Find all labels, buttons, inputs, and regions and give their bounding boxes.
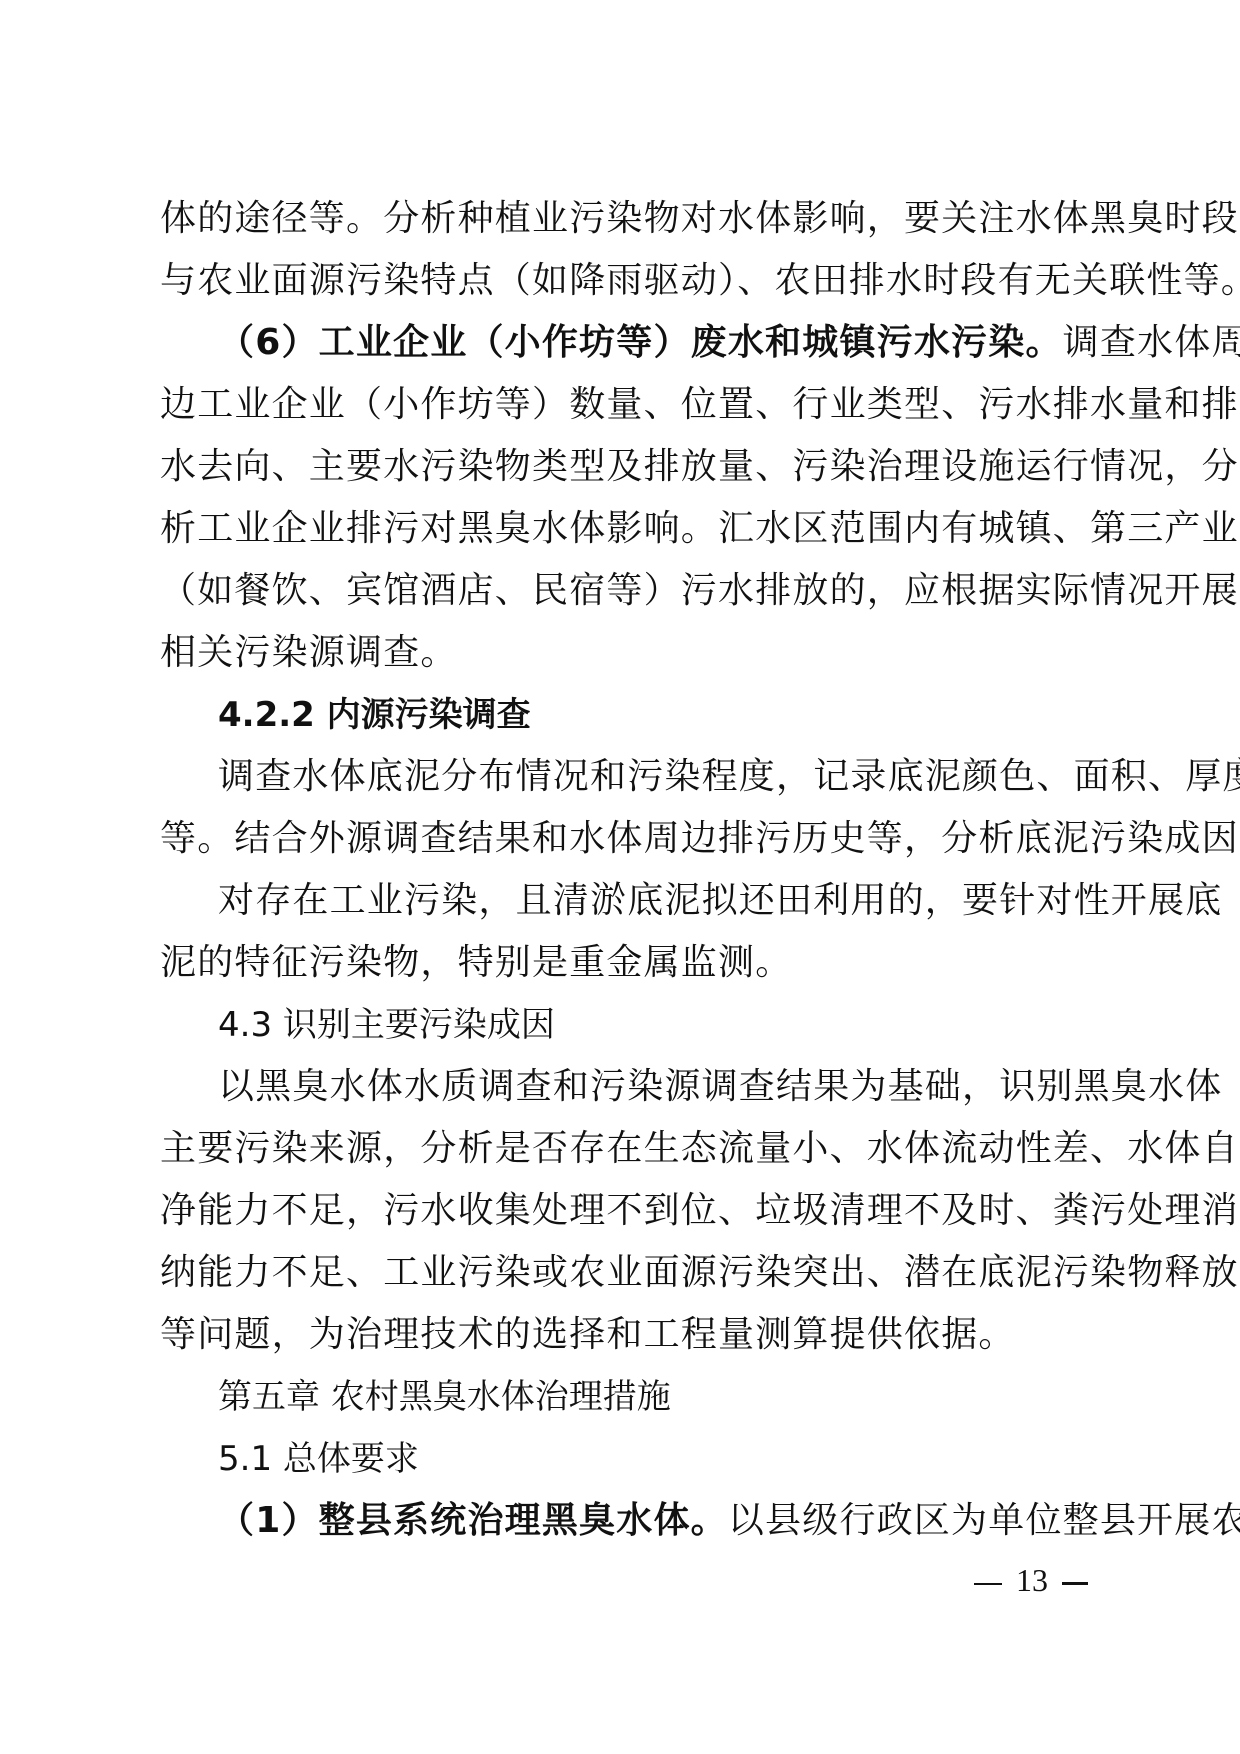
item-heading-industrial-wastewater: （6）工业企业（小作坊等）废水和城镇污水污染。: [218, 322, 1063, 363]
paragraph-text: 以县级行政区为单位整县开展农: [728, 1500, 1240, 1541]
paragraph-line: 净能力不足，污水收集处理不到位、垃圾清理不及时、粪污处理消: [160, 1180, 1080, 1242]
paragraph-line: 纳能力不足、工业污染或农业面源污染突出、潜在底泥污染物释放: [160, 1242, 1080, 1304]
document-page: 体的途径等。分析种植业污染物对水体影响，要关注水体黑臭时段 与农业面源污染特点（…: [0, 0, 1240, 1754]
paragraph-line: 泥的特征污染物，特别是重金属监测。: [160, 932, 1080, 994]
paragraph-line: 水去向、主要水污染物类型及排放量、污染治理设施运行情况，分: [160, 436, 1080, 498]
chapter-heading-5: 第五章 农村黑臭水体治理措施: [218, 1366, 1080, 1428]
paragraph-line: 边工业企业（小作坊等）数量、位置、行业类型、污水排水量和排: [160, 374, 1080, 436]
item-heading-county-wide-treatment: （1）整县系统治理黑臭水体。: [218, 1500, 728, 1541]
page-number: 13: [960, 1555, 1102, 1605]
paragraph-line: 主要污染来源，分析是否存在生态流量小、水体流动性差、水体自: [160, 1118, 1080, 1180]
paragraph-line: 调查水体底泥分布情况和污染程度，记录底泥颜色、面积、厚度: [218, 746, 1080, 808]
paragraph-line: 相关污染源调查。: [160, 622, 1080, 684]
page-number-value: 13: [1016, 1562, 1048, 1598]
paragraph-line-county-governance: （1）整县系统治理黑臭水体。以县级行政区为单位整县开展农: [218, 1490, 1080, 1552]
paragraph-line: 等问题，为治理技术的选择和工程量测算提供依据。: [160, 1304, 1080, 1366]
section-heading-4-2-2: 4.2.2 内源污染调查: [218, 684, 1080, 746]
paragraph-text: 调查水体周: [1063, 322, 1240, 363]
paragraph-line: 与农业面源污染特点（如降雨驱动）、农田排水时段有无关联性等。: [160, 250, 1080, 312]
paragraph-line-industrial-pollution: （6）工业企业（小作坊等）废水和城镇污水污染。调查水体周: [218, 312, 1080, 374]
paragraph-line: 体的途径等。分析种植业污染物对水体影响，要关注水体黑臭时段: [160, 188, 1080, 250]
paragraph-line: 以黑臭水体水质调查和污染源调查结果为基础，识别黑臭水体: [218, 1056, 1080, 1118]
dash-right: [1062, 1582, 1088, 1585]
paragraph-line: 析工业企业排污对黑臭水体影响。汇水区范围内有城镇、第三产业: [160, 498, 1080, 560]
section-heading-5-1: 5.1 总体要求: [218, 1428, 1080, 1490]
paragraph-line: 对存在工业污染，且清淤底泥拟还田利用的，要针对性开展底: [218, 870, 1080, 932]
paragraph-line: （如餐饮、宾馆酒店、民宿等）污水排放的，应根据实际情况开展: [160, 560, 1080, 622]
section-heading-4-3: 4.3 识别主要污染成因: [218, 994, 1080, 1056]
dash-left: [974, 1583, 1002, 1585]
paragraph-line: 等。结合外源调查结果和水体周边排污历史等，分析底泥污染成因。: [160, 808, 1080, 870]
